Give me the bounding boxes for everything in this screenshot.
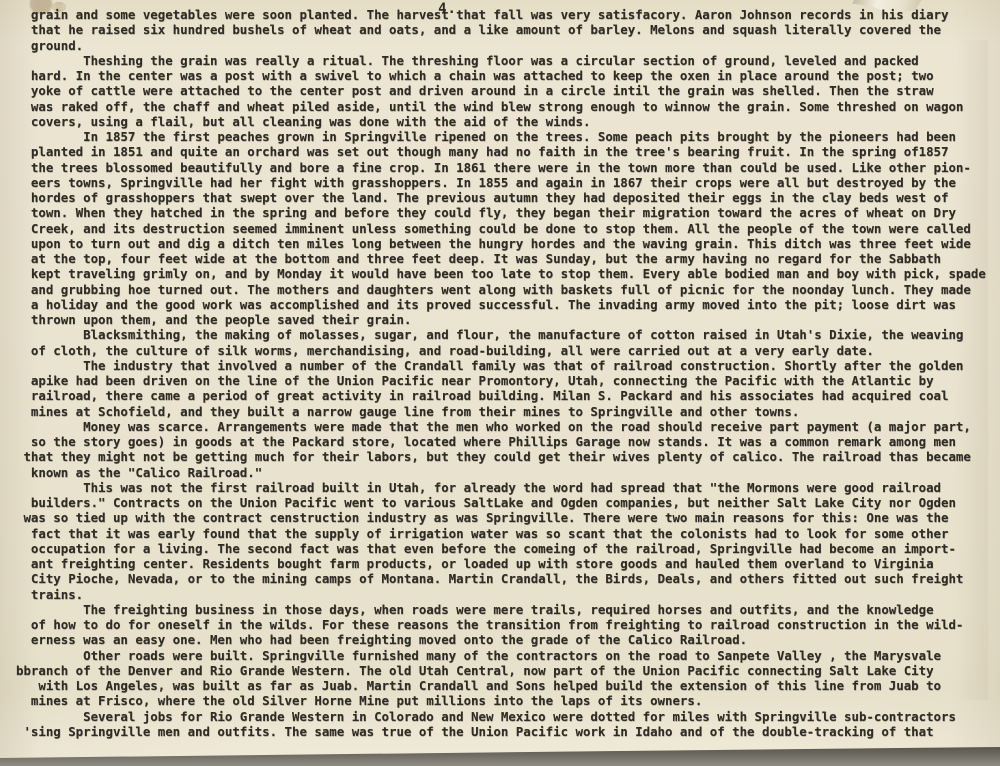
text-line: mines at Frisco, where the old Silver Ho… [16,693,994,708]
text-line: upon to turn out and dig a ditch ten mil… [16,236,994,251]
text-line: a holiday and the good work was accompli… [16,297,994,312]
text-line: thrown upon them, and the people saved t… [16,312,994,327]
text-line: yoke of cattle were attached to the cent… [16,83,994,98]
text-line: builders." Contracts on the Union Pacifi… [16,495,994,510]
text-line: known as the "Calico Railroad." [16,465,994,480]
text-line: City Pioche, Nevada, or to the mining ca… [16,571,994,586]
text-line: of cloth, the culture of silk worms, mer… [16,343,994,358]
text-line: so the story goes) in goods at the Packa… [16,434,994,449]
text-line: that they might not be getting much for … [16,449,994,464]
text-line: This was not the first railroad built in… [16,480,994,495]
text-line: eers towns, Springville had her fight wi… [16,175,994,190]
text-line: planted in 1851 and quite an orchard was… [16,144,994,159]
text-line: 'sing Springville men and outfits. The s… [16,724,994,739]
text-line: In 1857 the first peaches grown in Sprin… [16,129,994,144]
text-line: Money was scarce. Arrangements were made… [16,419,994,434]
text-line: Theshing the grain was really a ritual. … [16,53,994,68]
text-line: The freighting business in those days, w… [16,602,994,617]
text-line: at the top, four feet wide at the bottom… [16,251,994,266]
text-line: The industry that involved a number of t… [16,358,994,373]
text-line: town. When they hatched in the spring an… [16,205,994,220]
text-line: the trees blossomed beautifully and bore… [16,160,994,175]
text-line: hard. In the center was a post with a sw… [16,68,994,83]
text-line: and grubbing hoe turned out. The mothers… [16,282,994,297]
text-line: occupation for a living. The second fact… [16,541,994,556]
text-line: with Los Angeles, was built as far as Ju… [16,678,994,693]
text-line: railroad, there came a period of great a… [16,388,994,403]
text-line: ground. [16,38,994,53]
text-line: covers, using a flail, but all cleaning … [16,114,994,129]
text-line: of how to do for oneself in the wilds. F… [16,617,994,632]
text-line: Creek, and its destruction seemed immine… [16,221,994,236]
text-line: fact that it was early found that the su… [16,526,994,541]
text-line: that he raised six hundred bushels of wh… [16,22,994,37]
text-line: kept traveling grimly on, and by Monday … [16,266,994,281]
text-line: hordes of grasshoppers that swept over t… [16,190,994,205]
text-line: grain and some vegetables were soon plan… [16,7,994,22]
document-text: grain and some vegetables were soon plan… [16,7,994,739]
text-line: erness was an easy one. Men who had been… [16,632,994,647]
text-line: was so tied up with the contract censtru… [16,510,994,525]
text-line: was raked off, the chaff and wheat piled… [16,99,994,114]
text-line: bbranch of the Denver and Rio Grande Wes… [16,663,994,678]
text-line: Several jobs for Rio Grande Western in C… [16,709,994,724]
text-line: Blacksmithing, the making of molasses, s… [16,327,994,342]
text-line: mines at Schofield, and they built a nar… [16,404,994,419]
text-line: Other roads were built. Springville furn… [16,648,994,663]
text-line: ant freighting center. Residents bought … [16,556,994,571]
document-page: 4. grain and some vegetables were soon p… [0,0,1000,766]
text-line: apike had been driven on the line of the… [16,373,994,388]
text-line: trains. [16,587,994,602]
